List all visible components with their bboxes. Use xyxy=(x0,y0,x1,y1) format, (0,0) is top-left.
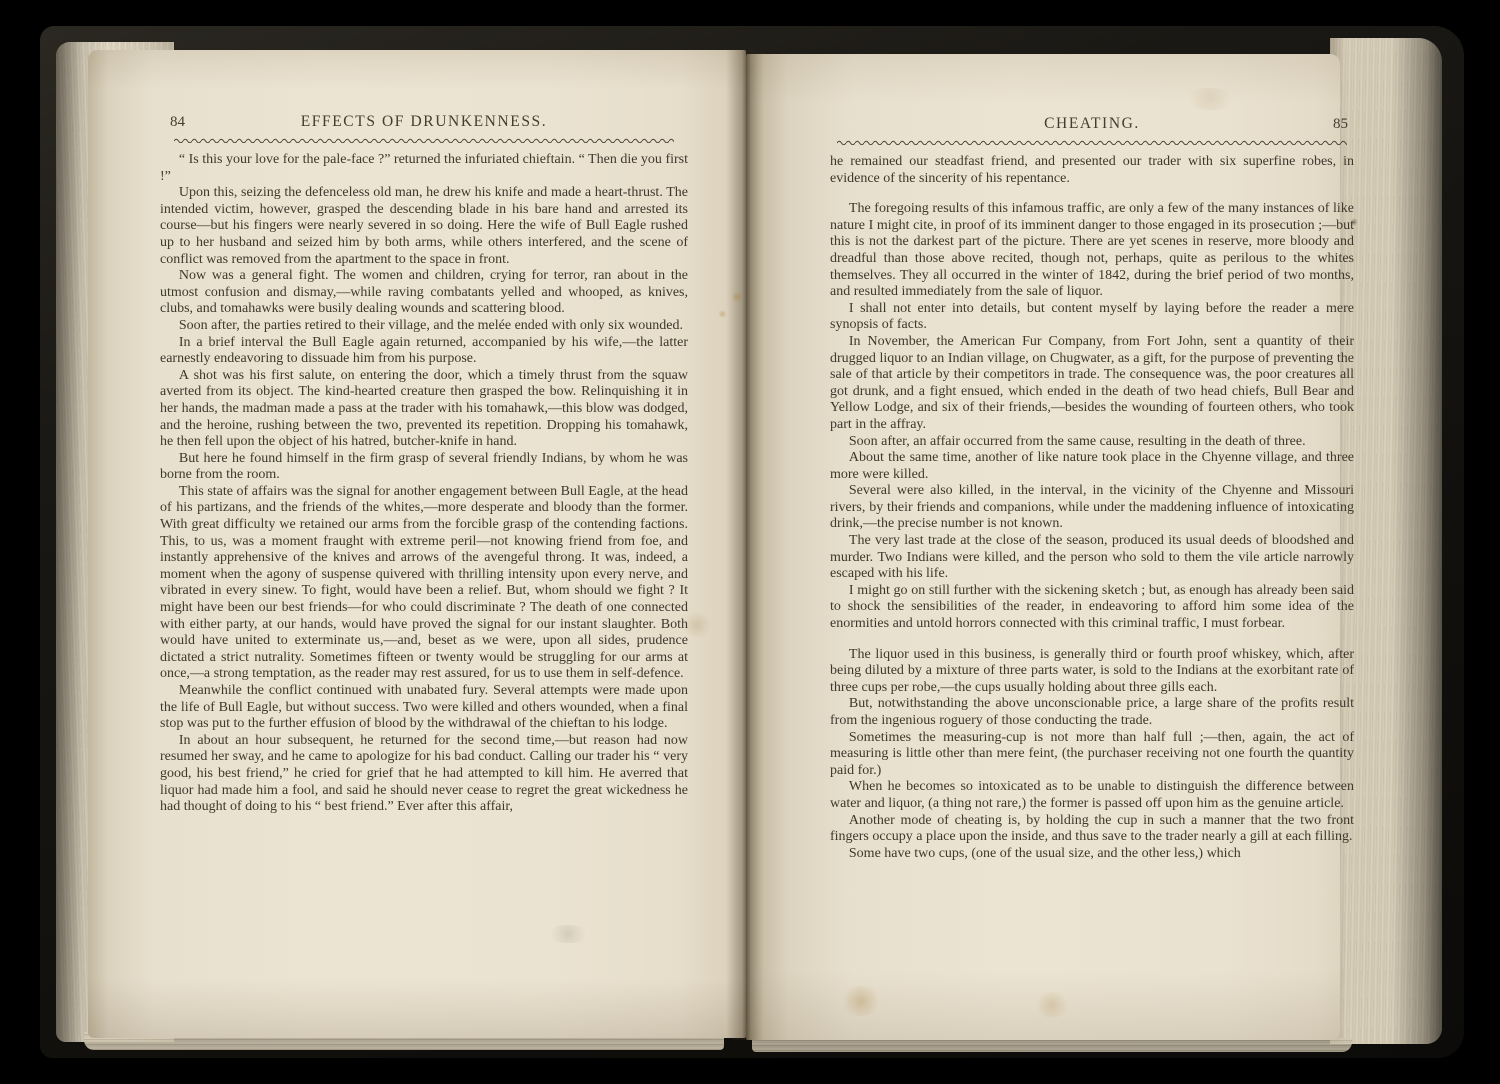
paragraph: Upon this, seizing the defenceless old m… xyxy=(160,185,688,268)
photo-background: { "colors": { "background": "#000000", "… xyxy=(0,0,1500,1084)
paragraph: The liquor used in this business, is gen… xyxy=(830,647,1354,697)
paragraph: Soon after, an affair occurred from the … xyxy=(830,434,1354,451)
paragraph: But here he found himself in the firm gr… xyxy=(160,451,688,484)
paragraph: I shall not enter into details, but cont… xyxy=(830,301,1354,334)
page-left-header: 84 EFFECTS OF DRUNKENNESS. xyxy=(160,112,688,132)
page-number-right: 85 xyxy=(1333,114,1348,134)
paragraph: The foregoing results of this infamous t… xyxy=(830,201,1354,301)
paragraph: But, notwithstanding the above unconscio… xyxy=(830,696,1354,729)
paragraph: Several were also killed, in the interva… xyxy=(830,483,1354,533)
paragraph: This state of affairs was the signal for… xyxy=(160,484,688,683)
head-rule-wave-right xyxy=(837,138,1347,145)
page-right-header: CHEATING. 85 xyxy=(830,114,1354,134)
paragraph: A shot was his first salute, on entering… xyxy=(160,368,688,451)
paragraph: Another mode of cheating is, by holding … xyxy=(830,813,1354,846)
page-left-text: “ Is this your love for the pale-face ?”… xyxy=(160,152,688,816)
page-right-text: he remained our steadfast friend, and pr… xyxy=(830,154,1354,862)
paragraph: “ Is this your love for the pale-face ?”… xyxy=(160,152,688,185)
paragraph: In November, the American Fur Company, f… xyxy=(830,334,1354,434)
paragraph: I might go on still further with the sic… xyxy=(830,583,1354,633)
page-right-content: CHEATING. 85 he remained our steadfast f… xyxy=(830,114,1354,862)
paragraph: The very last trade at the close of the … xyxy=(830,533,1354,583)
paragraph: Some have two cups, (one of the usual si… xyxy=(830,846,1354,863)
gutter-shadow xyxy=(726,50,764,1040)
paragraph: In about an hour subsequent, he returned… xyxy=(160,733,688,816)
page-left-content: 84 EFFECTS OF DRUNKENNESS. “ Is this you… xyxy=(160,112,688,816)
paragraph: Sometimes the measuring-cup is not more … xyxy=(830,730,1354,780)
paragraph: Now was a general fight. The women and c… xyxy=(160,268,688,318)
page-number-left: 84 xyxy=(170,112,185,132)
paragraph: Soon after, the parties retired to their… xyxy=(160,318,688,335)
paragraph: About the same time, another of like nat… xyxy=(830,450,1354,483)
paragraph: When he becomes so intoxicated as to be … xyxy=(830,779,1354,812)
running-head-left: EFFECTS OF DRUNKENNESS. xyxy=(160,112,688,132)
paragraph: he remained our steadfast friend, and pr… xyxy=(830,154,1354,187)
page-edges-bottom-right xyxy=(752,1038,1352,1052)
page-left: 84 EFFECTS OF DRUNKENNESS. “ Is this you… xyxy=(88,50,746,1038)
running-head-right: CHEATING. xyxy=(830,114,1354,134)
head-rule-wave-left xyxy=(174,136,674,143)
paragraph: In a brief interval the Bull Eagle again… xyxy=(160,335,688,368)
page-right: CHEATING. 85 he remained our steadfast f… xyxy=(746,54,1340,1040)
paragraph: Meanwhile the conflict continued with un… xyxy=(160,683,688,733)
